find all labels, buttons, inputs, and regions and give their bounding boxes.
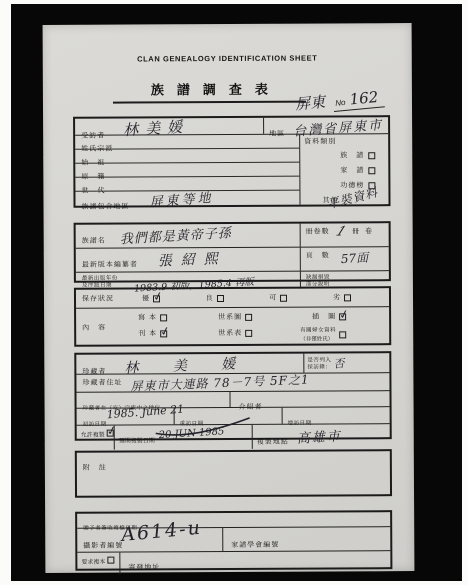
women-data-option: 有關婦女資料 （非僅姓氏） xyxy=(300,327,389,342)
row-covered-area: 族譜包含地區 屏東等地 xyxy=(75,191,299,206)
table-genealogy-info: 族譜名 我們都是黃帝子孫 冊卷數 1 冊 卷 最新版本編纂者 張紹熙 頁 數 5… xyxy=(74,221,391,283)
cell-copy-date: 預期複製日期 20 JUN 1985 xyxy=(114,425,252,450)
women-data-checkbox xyxy=(339,331,346,338)
mailing-address-label: 寄發地址 xyxy=(128,564,160,571)
row-contents: 內 容 寫 本 刊 本 世系圖 世系表 插 圖 有關婦女資料 （非僅姓氏） xyxy=(76,306,389,345)
lineage-chart-label: 世系圖 xyxy=(218,312,242,322)
listed-label-line2: 採訪錄： xyxy=(307,364,331,371)
family-genealogy-label: 家 譜 xyxy=(340,165,364,175)
table-archival: 贈予者簽收複檔日期 攝影者編號 A614-u 家譜學會編號 要求複本 寄發地址 xyxy=(75,510,392,571)
row-interviewee: 受訪者 林美媛 地區 台灣省屏東市 xyxy=(75,117,388,136)
condition-poor: 劣 xyxy=(333,292,351,302)
row-owner: 珍藏者 林 美 媛 是否列入 採訪錄： 否 xyxy=(76,353,389,375)
row-owner-address: 珍藏者住址 屏東市大連路 78－7号 5F之1 xyxy=(76,373,389,393)
row-condition: 保存狀況 優 良 可 劣 xyxy=(76,288,389,308)
condition-fair-label: 可 xyxy=(269,293,277,303)
owner-address-label: 珍藏者住址 xyxy=(82,378,122,392)
contents-label-cell: 內 容 xyxy=(76,312,138,344)
document-number: 屏東No 162 xyxy=(294,85,385,114)
row-surname-branch: 姓氏宗派 xyxy=(75,135,299,150)
women-data-labels: 有關婦女資料 （非僅姓氏） xyxy=(300,327,336,342)
row-copy-request: 要求複本 寄發地址 xyxy=(77,551,390,575)
genealogy-name-handwritten: 我們都是黃帝子孫 xyxy=(120,222,233,247)
cell-copy-place: 複製地點 高雄市 xyxy=(252,424,390,449)
genealogy-name-label: 族譜名 xyxy=(82,238,106,245)
printed-option: 刊 本 xyxy=(138,328,218,338)
condition-poor-label: 劣 xyxy=(333,292,341,302)
cell-interviewee: 受訪者 林美媛 xyxy=(75,118,263,135)
manuscript-option: 寫 本 xyxy=(138,312,218,322)
illustrations-checkbox xyxy=(339,313,346,320)
cell-area: 地區 台灣省屏東市 xyxy=(263,117,388,134)
cell-copy-request: 要求複本 xyxy=(77,553,119,575)
table-notes: 附 註 xyxy=(75,449,392,498)
manuscript-checkbox xyxy=(160,314,167,321)
lineage-chart-checkbox xyxy=(245,313,252,320)
condition-poor-checkbox xyxy=(344,294,351,301)
cell-additional-visit: 增訪日期 xyxy=(282,407,390,424)
condition-good: 良 xyxy=(206,293,224,303)
compiler-label: 最新版本編纂者 xyxy=(82,261,138,268)
condition-excellent-label: 優 xyxy=(142,293,150,303)
lineage-table-checkbox xyxy=(245,329,252,336)
cell-owner: 珍藏者 林 美 媛 xyxy=(76,354,303,374)
condition-options: 優 良 可 劣 xyxy=(114,292,389,303)
cell-introducer: 介紹者 xyxy=(229,391,389,407)
listed-label: 是否列入 採訪錄： xyxy=(307,357,331,371)
row-numbers: 攝影者編號 A614-u 家譜學會編號 xyxy=(77,527,390,553)
clan-genealogy-checkbox xyxy=(368,152,375,159)
condition-excellent: 優 xyxy=(142,293,160,303)
copy-request-checkbox xyxy=(107,557,114,564)
covered-area-label: 族譜包含地區 xyxy=(82,204,130,211)
printed-checkbox xyxy=(160,330,167,337)
contents-col-lineage: 世系圖 世系表 xyxy=(218,312,278,344)
cell-mailing-address: 寄發地址 xyxy=(119,551,390,574)
cell-compiler: 最新版本編纂者 張紹熙 xyxy=(76,248,300,272)
clan-genealogy-label: 族 譜 xyxy=(340,150,364,160)
row-original-home: 原 籍 xyxy=(75,163,299,178)
notes-label: 附 註 xyxy=(83,465,107,472)
number-label: No xyxy=(335,98,346,108)
listed-handwritten: 否 xyxy=(333,354,345,371)
condition-excellent-checkbox xyxy=(153,295,160,302)
illustrations-option: 插 圖 xyxy=(300,311,389,321)
cell-genealogy-name: 族譜名 我們都是黃帝子孫 xyxy=(76,224,300,248)
large-check-stroke xyxy=(153,417,253,440)
row-genealogy-name: 族譜名 我們都是黃帝子孫 冊卷數 1 冊 卷 xyxy=(76,223,389,249)
copy-place-handwritten: 高雄市 xyxy=(297,425,343,447)
owner-address-handwritten: 屏東市大連路 78－7号 5F之1 xyxy=(130,370,310,391)
form-paper: CLAN GENEALOGY IDENTIFICATION SHEET 族譜調查… xyxy=(43,23,415,573)
condition-good-label: 良 xyxy=(206,293,214,303)
condition-label: 保存狀況 xyxy=(82,294,114,304)
cell-listed: 是否列入 採訪錄： 否 xyxy=(303,353,389,372)
cell-volumes: 冊卷數 1 冊 卷 xyxy=(300,223,389,246)
microfilm-frame: CLAN GENEALOGY IDENTIFICATION SHEET 族譜調查… xyxy=(11,4,462,581)
cell-society-number: 家譜學會編號 xyxy=(222,527,390,551)
volumes-handwritten: 1 xyxy=(333,224,348,239)
society-number-label: 家譜學會編號 xyxy=(231,542,279,549)
compiler-handwritten: 張紹熙 xyxy=(158,248,228,271)
copy-date-label: 預期複製日期 xyxy=(119,438,155,444)
form-english-title: CLAN GENEALOGY IDENTIFICATION SHEET xyxy=(43,53,412,64)
row-first-ancestor: 始 祖 xyxy=(75,149,299,164)
cell-photographer-number: 攝影者編號 A614-u xyxy=(77,528,222,552)
scroll-unit-label: 卷 xyxy=(365,226,373,236)
covered-area-handwritten: 屏東等地 xyxy=(149,187,214,211)
category-header: 資料類別 xyxy=(304,136,388,146)
material-category: 資料類別 族 譜 家 譜 功德榜 其他 平裝資料 xyxy=(299,134,388,204)
condition-fair: 可 xyxy=(269,293,287,303)
volume-unit-label: 冊 xyxy=(352,226,360,236)
volumes-label: 冊卷數 xyxy=(306,226,330,236)
contents-label: 內 容 xyxy=(82,325,106,332)
contents-col-manuscript: 寫 本 刊 本 xyxy=(138,312,218,344)
copy-place-label: 複製地點 xyxy=(257,439,289,446)
lineage-table-label: 世系表 xyxy=(218,328,242,338)
pages-handwritten: 57面 xyxy=(340,249,368,268)
copy-request-label: 要求複本 xyxy=(81,557,105,566)
number-underline: No 162 xyxy=(332,88,385,112)
condition-fair-checkbox xyxy=(280,294,287,301)
contents-col-misc: 插 圖 有關婦女資料 （非僅姓氏） xyxy=(278,311,389,344)
row-compiler: 最新版本編纂者 張紹熙 頁 數 57面 xyxy=(76,247,389,273)
table1-body: 姓氏宗派 始 祖 原 籍 世 代 族譜包含地區 屏東等地 資料類別 族 譜 xyxy=(75,134,388,206)
condition-good-checkbox xyxy=(217,295,224,302)
number-value: 162 xyxy=(349,88,379,109)
form-title: 族譜調查表 xyxy=(113,79,306,104)
printed-label: 刊 本 xyxy=(138,328,157,338)
pages-label: 頁 數 xyxy=(306,250,330,260)
table-respondent: 受訪者 林美媛 地區 台灣省屏東市 姓氏宗派 始 祖 原 籍 世 代 族譜包含地… xyxy=(73,115,390,208)
copy-permit-label: 允許複製 xyxy=(81,430,105,439)
cell-copy-permit: 允許複製 xyxy=(77,426,114,450)
category-option-clan-genealogy: 族 譜 xyxy=(304,150,388,160)
copy-permit-checkbox xyxy=(107,430,114,437)
table-condition-contents: 保存狀況 優 良 可 劣 內 容 寫 本 刊 本 世系圖 世系表 xyxy=(74,286,391,347)
family-genealogy-checkbox xyxy=(368,167,375,174)
illustrations-label: 插 圖 xyxy=(312,311,336,321)
lineage-table-option: 世系表 xyxy=(218,328,278,338)
photographer-number-label: 攝影者編號 xyxy=(83,543,123,550)
manuscript-label: 寫 本 xyxy=(138,312,157,322)
table-owner-visits: 珍藏者 林 美 媛 是否列入 採訪錄： 否 珍藏者住址 屏東市大連路 78－7号… xyxy=(74,351,391,441)
clan-fields: 姓氏宗派 始 祖 原 籍 世 代 族譜包含地區 屏東等地 xyxy=(75,135,299,206)
women-data-sublabel: （非僅姓氏） xyxy=(300,334,336,342)
cell-pages: 頁 數 57面 xyxy=(300,247,389,270)
region-handwritten: 屏東 xyxy=(294,91,326,115)
category-other: 其他 平裝資料 xyxy=(304,195,388,205)
category-option-family-genealogy: 家 譜 xyxy=(304,165,388,175)
lineage-chart-option: 世系圖 xyxy=(218,312,278,322)
row-copy-permission: 允許複製 預期複製日期 20 JUN 1985 複製地點 高雄市 xyxy=(77,424,390,450)
